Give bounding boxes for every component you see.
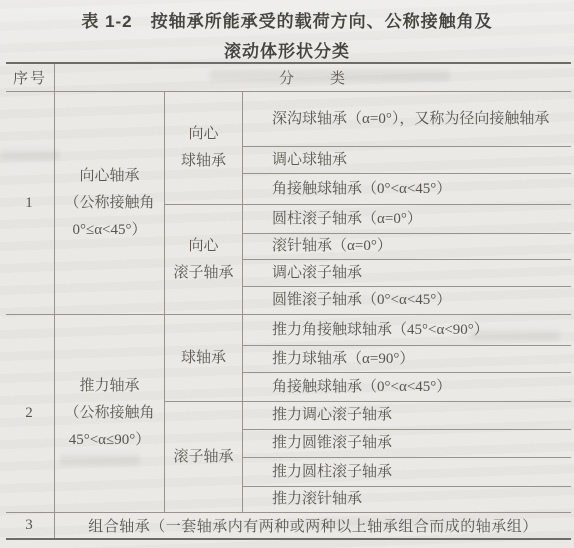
bearing-type-text: 推力球轴承（α=90°）: [247, 347, 414, 372]
table-row-radial-bearings: 1 向心轴承 （公称接触角 0°≤α<45°） 向心 球轴承 深沟球轴承（α=0…: [6, 92, 571, 315]
subgroup-name-cell: 球轴承: [165, 315, 243, 401]
subgroup-name-cell: 滚子轴承: [165, 402, 243, 512]
subgroup-radial-roller: 向心 滚子轴承 圆柱滚子轴承（α=0°） 滚针轴承（α=0°） 调心滚子轴承 圆…: [165, 205, 571, 314]
bearing-type-text: 圆锥滚子轴承（0°<α<45°）: [247, 288, 451, 313]
table-title-line-1: 表 1-2 按轴承所能承受的载荷方向、公称接触角及: [0, 7, 574, 32]
bearing-type-text: 推力滚针轴承: [247, 487, 362, 512]
bearing-type-text: 深沟球轴承（α=0°），又称为径向接触轴承: [247, 107, 549, 132]
bearing-type-text: 角接触球轴承（0°<α<45°）: [247, 177, 451, 202]
bearing-type-text: 推力调心滚子轴承: [247, 403, 392, 428]
subgroup-name-line: 向心: [188, 121, 218, 148]
category-line: （公称接触角: [64, 190, 154, 217]
table-row: 推力圆柱滚子轴承: [243, 458, 571, 487]
subgroup-name-cell: 向心 球轴承: [165, 92, 243, 204]
serial-cell: 2: [6, 315, 55, 512]
table-row: 圆柱滚子轴承（α=0°）: [243, 205, 571, 234]
bearing-type-text: 圆柱滚子轴承（α=0°）: [247, 207, 422, 232]
bearing-type-text: 调心球轴承: [247, 148, 347, 173]
subgroup-name-line: 滚子轴承: [173, 260, 233, 287]
category-line: 0°≤α<45°）: [72, 217, 146, 244]
table-row: 角接触球轴承（0°<α<45°）: [243, 174, 571, 204]
header-cell-classification: 分 类: [55, 64, 571, 91]
table-row: 调心球轴承: [243, 147, 571, 174]
table-row: 角接触球轴承（0°<α<45°）: [243, 373, 571, 401]
bearing-type-text: 滚针轴承（α=0°）: [247, 234, 392, 259]
table-row: 圆锥滚子轴承（0°<α<45°）: [243, 287, 571, 314]
subgroup-thrust-ball: 球轴承 推力角接触球轴承（45°<α<90°） 推力球轴承（α=90°） 角接触…: [165, 315, 571, 402]
table-header-row: 序号 分 类: [6, 64, 571, 92]
table-row: 推力滚针轴承: [243, 487, 571, 512]
table-row: 深沟球轴承（α=0°），又称为径向接触轴承: [243, 92, 571, 147]
subgroup-name-cell: 向心 滚子轴承: [165, 205, 243, 314]
table-row: 推力圆锥滚子轴承: [243, 430, 571, 458]
table-title-line-2: 滚动体形状分类: [0, 37, 574, 62]
bearing-type-text: 推力圆锥滚子轴承: [247, 431, 392, 456]
category-line: 向心轴承: [79, 163, 139, 190]
subgroup-thrust-roller: 滚子轴承 推力调心滚子轴承 推力圆锥滚子轴承 推力圆柱滚子轴承 推力滚针轴承: [165, 402, 571, 512]
bearing-type-text: 推力角接触球轴承（45°<α<90°）: [247, 318, 489, 343]
category-cell-thrust: 推力轴承 （公称接触角 45°<α≤90°）: [55, 315, 165, 512]
subgroup-name-line: 球轴承: [181, 148, 226, 175]
table-row: 推力调心滚子轴承: [243, 402, 571, 430]
table-row: 滚针轴承（α=0°）: [243, 234, 571, 260]
serial-cell: 3: [6, 513, 55, 538]
table-row-combined-bearings: 3 组合轴承（一套轴承内有两种或两种以上轴承组合而成的轴承组）: [6, 513, 571, 538]
table-row: 推力角接触球轴承（45°<α<90°）: [243, 315, 571, 346]
classification-table: 序号 分 类 1 向心轴承 （公称接触角 0°≤α<45°） 向心 球轴承 深沟…: [6, 62, 571, 540]
header-cell-serial: 序号: [6, 64, 55, 91]
combined-bearing-cell: 组合轴承（一套轴承内有两种或两种以上轴承组合而成的轴承组）: [55, 513, 571, 538]
bearing-type-text: 角接触球轴承（0°<α<45°）: [247, 375, 451, 400]
category-line: 推力轴承: [79, 373, 139, 400]
bearing-type-text: 调心滚子轴承: [247, 261, 362, 286]
subgroup-name-line: 球轴承: [181, 345, 226, 372]
serial-cell: 1: [6, 92, 55, 314]
category-line: 45°<α≤90°）: [69, 427, 151, 454]
table-row-thrust-bearings: 2 推力轴承 （公称接触角 45°<α≤90°） 球轴承 推力角接触球轴承（45…: [6, 315, 571, 513]
bearing-type-text: 推力圆柱滚子轴承: [247, 460, 392, 485]
table-row: 调心滚子轴承: [243, 260, 571, 287]
subgroup-name-line: 滚子轴承: [173, 444, 233, 471]
subgroup-radial-ball: 向心 球轴承 深沟球轴承（α=0°），又称为径向接触轴承 调心球轴承 角接触球轴…: [165, 92, 571, 205]
subgroup-name-line: 向心: [188, 233, 218, 260]
category-cell-radial: 向心轴承 （公称接触角 0°≤α<45°）: [55, 92, 165, 314]
table-row: 推力球轴承（α=90°）: [243, 346, 571, 373]
category-line: （公称接触角: [64, 400, 154, 427]
